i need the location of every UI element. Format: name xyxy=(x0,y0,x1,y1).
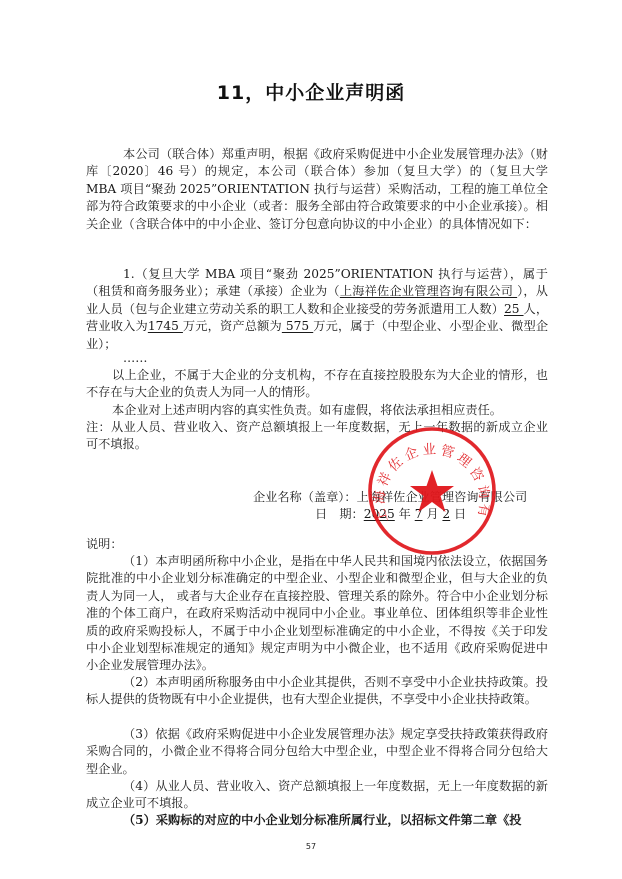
date-label: 日 期： xyxy=(315,507,364,521)
statement-no-large-enterprise: 以上企业，不属于大企业的分支机构，不存在直接控股股东为大企业的情形，也不存在与大… xyxy=(86,367,548,402)
company-label: 企业名称（盖章）： xyxy=(253,490,357,504)
page-title: 11，中小企业声明函 xyxy=(0,78,622,105)
explanation-3: （3）依据《政府采购促进中小企业发展管理办法》规定享受扶持政策获得政府采购合同的… xyxy=(86,726,548,778)
explanation-5: （5）采购标的对应的中小企业划分标准所属行业，以招标文件第二章《投 xyxy=(86,812,548,829)
explanation-4: （4）从业人员、营业收入、资产总额填报上一年度数据，无上一年度数据的新成立企业可… xyxy=(86,778,548,813)
month-unit: 月 xyxy=(422,507,442,521)
ellipsis: …… xyxy=(123,350,323,367)
explanation-label: 说明： xyxy=(86,536,548,553)
item1-mid3: 万元，资产总额为 xyxy=(183,319,282,333)
employees-field: 25 xyxy=(504,302,524,316)
explanation-2: （2）本声明函所称服务由中小企业其提供，否则不享受中小企业扶持政策。投标人提供的… xyxy=(86,674,548,709)
statement-truthfulness: 本企业对上述声明内容的真实性负责。如有虚假，将依法承担相应责任。 xyxy=(86,402,548,419)
day-unit: 日 xyxy=(450,507,466,521)
signature-company: 企业名称（盖章）：上海祥佐企业管理咨询有限公司 xyxy=(253,489,527,506)
date-year: 2025 xyxy=(364,507,395,521)
enterprise-item-1: 1.（复旦大学 MBA 项目“聚劲 2025”ORIENTATION 执行与运营… xyxy=(86,266,548,353)
page-number: 57 xyxy=(0,842,622,851)
assets-field: 575 xyxy=(282,319,313,333)
revenue-field: 1745 xyxy=(148,319,183,333)
document-page: 11，中小企业声明函 本公司（联合体）郑重声明，根据《政府采购促进中小企业发展管… xyxy=(0,0,622,879)
year-unit: 年 xyxy=(395,507,415,521)
note: 注：从业人员、营业收入、资产总额填报上一年度数据，无上一年数据的新成立企业可不填… xyxy=(86,419,548,454)
explanation-1: （1）本声明函所称中小企业，是指在中华人民共和国境内依法设立，依据国务院批准的中… xyxy=(86,553,548,675)
company-name-field: 上海祥佐企业管理咨询有限公司 xyxy=(340,284,517,298)
company-value: 上海祥佐企业管理咨询有限公司 xyxy=(357,490,528,504)
intro-paragraph: 本公司（联合体）郑重声明，根据《政府采购促进中小企业发展管理办法》（财库〔202… xyxy=(86,146,548,233)
signature-date: 日 期：2025 年 7 月 2 日 xyxy=(315,506,466,523)
